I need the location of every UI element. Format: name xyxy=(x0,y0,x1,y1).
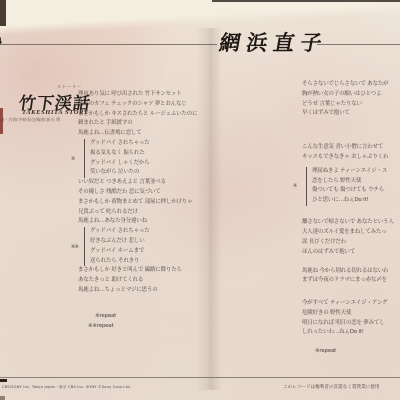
lyric-line: 兄貴ぶって 叱られるだけ xyxy=(78,208,206,218)
lyric-line: 送られたら それきり xyxy=(90,257,206,267)
lyric-line: グッドバイ されちゃった xyxy=(90,227,206,237)
lyric-line: 好きなぶんだけ 悲しい xyxy=(90,237,206,247)
lyric-line: 離さないで帰さないで あなたという人 xyxy=(302,218,400,228)
artist-name: 網浜直子 xyxy=(217,27,330,57)
repeat-marker: ※ xyxy=(293,183,297,189)
scan-edge-left-corner xyxy=(0,0,6,26)
lyric-block: ※※repeat xyxy=(88,322,206,332)
lyric-block: そらさないでじらさないで あなたが胸が熱い女の子の願いはひとつよどうせ 言葉じゃ… xyxy=(302,80,400,119)
lyric-refrain-block: ※グッドバイ されちゃった振る気もなく 振られたグッドバイ しゃくだから笑いなが… xyxy=(84,139,206,178)
lyric-line: どうせ 言葉じゃたりない xyxy=(302,100,400,110)
lyric-line: まさかもしか キスされたらと ルージュふいたのに xyxy=(78,110,206,120)
lyric-line: 涙 長びくだけだわ xyxy=(302,238,400,248)
lyric-line: グッドバイ されちゃった xyxy=(90,139,206,149)
repeat-marker: ※※ xyxy=(71,244,78,250)
left-lyrics-column: 理由あり気に 呼び出された 竹下サンセット硝子のカフェ チェックのシャツ 夢とお… xyxy=(78,90,206,332)
page-number: 4 xyxy=(0,37,2,47)
lyric-block: ※repeat xyxy=(95,312,206,322)
lyric-line: まさかもしか 好きと叫んで 線路に降りたら xyxy=(78,266,206,276)
footer-label-credits: CBS/SONY Inc. Tokyo Japan・東京 CBS Inc. SO… xyxy=(2,385,131,390)
lyric-line: あなたきっと 助けてくれる xyxy=(78,276,206,286)
lyric-line: 理由あり気に 呼び出された 竹下サンセット xyxy=(78,90,206,100)
lyric-line: グッドバイ しゃくだから xyxy=(90,159,206,169)
lyric-block: いい奴だと つきあえよと 言葉並べるその優しさ 残酷だわ 恋に気づいてまさかもし… xyxy=(78,178,206,227)
lyric-line: いい奴だと つきあえよと 言葉並べる xyxy=(78,178,206,188)
lyric-block: まさかもしか 好きと叫んで 線路に降りたらあなたきっと 助けてくれる馬鹿よね…ち… xyxy=(78,266,206,295)
scan-edge-bottom-tick xyxy=(0,379,7,382)
lyric-line: 恋をしたら 野性天使 xyxy=(312,177,400,187)
lyric-line: グッドバイ ホームまで xyxy=(90,247,206,257)
lyric-block: 離さないで帰さないで あなたという人大人達のズルイ愛をまねしてみたっ涙 長びくだ… xyxy=(302,218,400,257)
lyric-line: ひと思いに…ねぇDo it! xyxy=(312,196,400,206)
lyric-line: しれったいわ…ねぇDo it! xyxy=(302,328,400,338)
lyric-line: キッスもできなきゃ おしゃぶりくわ xyxy=(302,153,400,163)
lyric-refrain-block: ※理屈ぬきよ ティーンエイジ・ス恋をしたら 野性天使傷ついても 傷つけても ウチ… xyxy=(306,167,400,206)
scan-edge-red-mark xyxy=(0,108,3,134)
lyric-line: ※repeat xyxy=(315,347,400,357)
lyric-line: ※※repeat xyxy=(88,322,206,332)
lyric-block: 馬鹿ね 今から別れる切れるはないわまずは今夜のドラマにまっ赤な〆を xyxy=(302,267,400,287)
lyric-line: 馬鹿よね…伝書鳩に恋して xyxy=(78,129,206,139)
footer-rule xyxy=(0,377,400,378)
right-lyrics-column: そらさないでじらさないで あなたが胸が熱い女の子の願いはひとつよどうせ 言葉じゃ… xyxy=(302,80,400,357)
lyric-line: 大人達のズルイ愛をまねしてみたっ xyxy=(302,228,400,238)
lyric-line: 馬鹿よね…ちょっとマジに思うの xyxy=(78,286,206,296)
lyric-line: 理屈ぬきよ ティーンエイジ・ス xyxy=(312,167,400,177)
song-credits: 作詞・作曲:中崎英也/編曲:新川 博 xyxy=(0,117,60,123)
scan-edge-bottom-corner xyxy=(0,396,5,400)
lyric-line: 傷ついても 傷つけても ウチら xyxy=(312,186,400,196)
lyric-line: 馬鹿よね…あなた身分違いね xyxy=(78,217,206,227)
lyric-block: こんな生意気 青い小僧に言わせてキッスもできなきゃ おしゃぶりくわ xyxy=(302,143,400,163)
header-rule-left xyxy=(0,44,217,45)
lyric-line: 早くはずみで抱いて xyxy=(302,109,400,119)
lyric-line: まずは今夜のドラマにまっ赤な〆を xyxy=(302,276,400,286)
lyric-line: 胸が熱い女の子の願いはひとつよ xyxy=(302,90,400,100)
lyric-refrain-block: ※※グッドバイ されちゃった好きなぶんだけ 悲しいグッドバイ ホームまで送られた… xyxy=(84,227,206,266)
lyric-line: 硝子のカフェ チェックのシャツ 夢とおんなじ xyxy=(78,100,206,110)
lyric-line: 頼まれたと 手紙渡すの xyxy=(78,119,206,129)
footer-rental-notice: このレコードは権利者の許諾なく賃貸業に使用 xyxy=(283,384,379,390)
lyric-line: 笑いながら 泣いたの xyxy=(90,168,206,178)
header-rule-right xyxy=(317,44,400,45)
lyric-line: ほんのはずみで抱いて xyxy=(302,248,400,258)
lyric-line: ※repeat xyxy=(95,312,206,322)
lyric-line: 馬鹿ね 今から別れる切れるはないわ xyxy=(302,267,400,277)
booklet-spread: 4 網浜直子 ストーリー 竹下渓話 TAKESHITA STORY 作詞・作曲:… xyxy=(0,0,400,400)
scan-edge-top xyxy=(212,0,400,2)
lyric-line: こんな生意気 青い小僧に言わせて xyxy=(302,143,400,153)
repeat-marker: ※ xyxy=(71,156,75,162)
lyric-line: 振る気もなく 振られた xyxy=(90,149,206,159)
lyric-block: ※repeat xyxy=(315,347,400,357)
lyric-line: まさかもしか 荷物まとめて 部屋に押しかけりゃ xyxy=(78,198,206,208)
lyric-block: 今がすべて ティーンエイジ・アング危険好きの 野性天使明日になれば 明日の恋を … xyxy=(302,299,400,338)
lyric-line: 危険好きの 野性天使 xyxy=(302,309,400,319)
lyric-block: 理由あり気に 呼び出された 竹下サンセット硝子のカフェ チェックのシャツ 夢とお… xyxy=(78,90,206,139)
lyric-line: その優しさ 残酷だわ 恋に気づいて xyxy=(78,188,206,198)
lyric-line: 今がすべて ティーンエイジ・アング xyxy=(302,299,400,309)
lyric-line: そらさないでじらさないで あなたが xyxy=(302,80,400,90)
lyric-line: 明日になれば 明日の恋を 夢みてし xyxy=(302,319,400,329)
